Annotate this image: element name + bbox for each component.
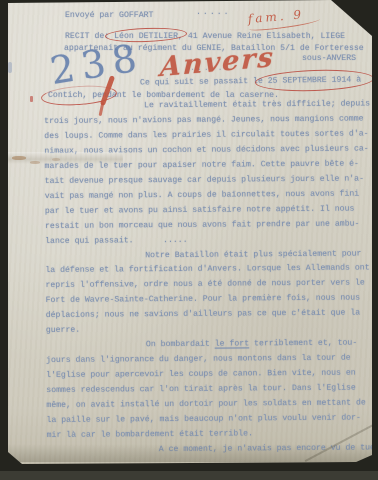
underlined-text: le fort — [215, 340, 249, 349]
separator-dots-top: ..... — [196, 8, 231, 17]
sent-by-line: Envoyé par GOFFART — [65, 11, 153, 20]
typed-line: la paille sur le pavé, mais beaucoup n'o… — [46, 411, 378, 429]
witness-address: 41 Avenue Reine Elisabeth, LIEGE — [183, 32, 345, 41]
typed-line: déplacions; nous ne savions d'ailleurs p… — [46, 307, 378, 325]
document-page: Envoyé par GOFFART ..... 1 fam. 9 RECIT … — [8, 0, 372, 464]
typed-text: terriblement et, tou- — [249, 339, 357, 349]
paragraph: On bombardait le fort terriblement et, t… — [46, 337, 378, 444]
fold-stain — [30, 161, 40, 164]
typed-line: restait un bon morceau que nous avons fa… — [45, 217, 378, 235]
sous-anvers-line: sous-ANVERS — [302, 54, 356, 63]
fold-stain — [52, 158, 60, 161]
paragraph: Le ravitaillement était très difficile; … — [44, 97, 378, 249]
fold-stain — [12, 156, 26, 160]
typed-text: On bombardait — [146, 340, 215, 350]
page-number: 1 — [356, 8, 361, 17]
scan-background: Envoyé par GOFFART ..... 1 fam. 9 RECIT … — [0, 0, 378, 480]
paragraph: Notre Bataillon était plus spécialement … — [45, 247, 378, 339]
intro-prefix: Ce qui suit se passait le — [140, 77, 268, 88]
pencil-margin-smudge — [8, 62, 12, 73]
red-margin-tick — [30, 96, 33, 102]
scanner-bed-strip — [0, 471, 378, 480]
